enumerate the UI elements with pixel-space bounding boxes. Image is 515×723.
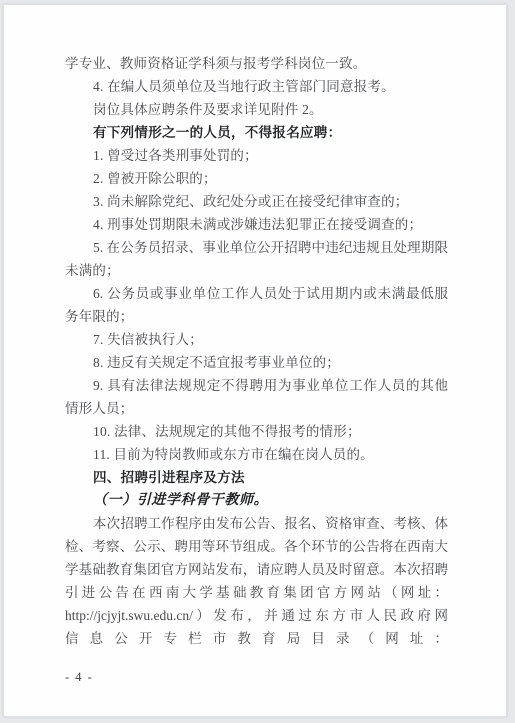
list-item: 3. 尚未解除党纪、政纪处分或正在接受纪律审查的； (65, 190, 448, 213)
list-item: 10. 法律、法规规定的其他不得报考的情形； (65, 420, 448, 443)
body-line: 学专业、教师资格证学科须与报考学科岗位一致。 (65, 52, 448, 75)
list-item: 11. 目前为特岗教师或东方市在编在岗人员的。 (65, 443, 448, 466)
document-viewport: 学专业、教师资格证学科须与报考学科岗位一致。 4. 在编人员须单位及当地行政主管… (0, 0, 515, 723)
list-item-continuation: 务年限的； (65, 305, 448, 328)
heading-disqualification: 有下列情形之一的人员，不得报名应聘： (65, 121, 448, 144)
list-item: 2. 曾被开除公职的； (65, 167, 448, 190)
document-body: 学专业、教师资格证学科须与报考学科岗位一致。 4. 在编人员须单位及当地行政主管… (65, 52, 448, 685)
body-line: 学基础教育集团官方网站发布，请应聘人员及时留意。本次招聘 (65, 558, 448, 581)
list-item: 8. 违反有关规定不适宜报考事业单位的； (65, 351, 448, 374)
document-page: 学专业、教师资格证学科须与报考学科岗位一致。 4. 在编人员须单位及当地行政主管… (3, 4, 507, 717)
list-item: 4. 刑事处罚期限未满或涉嫌违法犯罪正在接受调查的； (65, 213, 448, 236)
list-item: 7. 失信被执行人； (65, 328, 448, 351)
body-line: 本次招聘工作程序由发布公告、报名、资格审查、考核、体 (65, 512, 448, 535)
list-item: 1. 曾受过各类刑事处罚的； (65, 144, 448, 167)
body-line: 检、考察、公示、聘用等环节组成。各个环节的公告将在西南大 (65, 535, 448, 558)
list-item: 6. 公务员或事业单位工作人员处于试用期内或未满最低服 (65, 282, 448, 305)
subsection-heading-teachers: （一）引进学科骨干教师。 (65, 489, 448, 512)
list-item: 9. 具有法律法规规定不得聘用为事业单位工作人员的其他 (65, 374, 448, 397)
body-line-url: http://jcjyjt.swu.edu.cn/）发布，并通过东方市人民政府网 (65, 604, 448, 627)
body-line: 4. 在编人员须单位及当地行政主管部门同意报考。 (65, 75, 448, 98)
page-number: - 4 - (65, 670, 448, 685)
body-line: 引进公告在西南大学基础教育集团官方网站（网址： (65, 581, 448, 604)
list-item-continuation: 未满的； (65, 259, 448, 282)
body-line: 信息公开专栏市教育局目录（网址： (65, 627, 448, 650)
body-line: 岗位具体应聘条件及要求详见附件 2。 (65, 98, 448, 121)
list-item-continuation: 情形人员； (65, 397, 448, 420)
section-heading-procedures: 四、招聘引进程序及方法 (65, 466, 448, 489)
list-item: 5. 在公务员招录、事业单位公开招聘中违纪违规且处理期限 (65, 236, 448, 259)
